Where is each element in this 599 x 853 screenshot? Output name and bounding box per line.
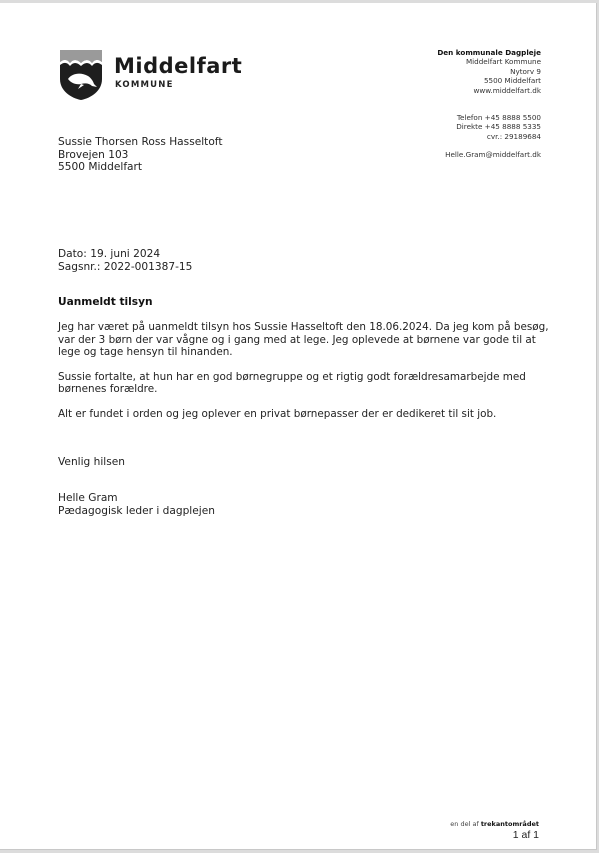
- closing-greeting: Venlig hilsen: [58, 456, 125, 468]
- letter-body: Jeg har været på uanmeldt tilsyn hos Sus…: [58, 321, 558, 433]
- footer-tag-brand: trekantområdet: [481, 820, 539, 828]
- sender-org: Den kommunale Dagpleje: [437, 48, 541, 57]
- page-number: 1 af 1: [513, 829, 539, 841]
- case-number: Sagsnr.: 2022-001387-15: [58, 261, 192, 274]
- sender-direct-phone: Direkte +45 8888 5335: [437, 122, 541, 131]
- footer-tag-prefix: en del af: [450, 820, 478, 828]
- sender-cvr: cvr.: 29189684: [437, 132, 541, 141]
- sender-street: Nytorv 9: [437, 67, 541, 76]
- recipient-street: Brovejen 103: [58, 149, 223, 162]
- sender-phone: Telefon +45 8888 5500: [437, 113, 541, 122]
- brand-subtitle: KOMMUNE: [115, 80, 174, 90]
- letter-subject: Uanmeldt tilsyn: [58, 296, 153, 308]
- sender-city: 5500 Middelfart: [437, 76, 541, 85]
- recipient-city: 5500 Middelfart: [58, 161, 223, 174]
- sender-block: Den kommunale Dagpleje Middelfart Kommun…: [437, 48, 541, 160]
- letter-page: Middelfart KOMMUNE Den kommunale Dagplej…: [0, 3, 597, 850]
- recipient-address: Sussie Thorsen Ross Hasseltoft Brovejen …: [58, 136, 223, 174]
- brand-name: Middelfart: [114, 54, 242, 78]
- recipient-name: Sussie Thorsen Ross Hasseltoft: [58, 136, 223, 149]
- letter-date: Dato: 19. juni 2024: [58, 248, 192, 261]
- sender-website[interactable]: www.middelfart.dk: [437, 86, 541, 95]
- letter-meta: Dato: 19. juni 2024 Sagsnr.: 2022-001387…: [58, 248, 192, 273]
- body-paragraph: Alt er fundet i orden og jeg oplever en …: [58, 408, 558, 421]
- signer-title: Pædagogisk leder i dagplejen: [58, 505, 215, 518]
- middelfart-coat-of-arms-icon: [59, 49, 103, 101]
- body-paragraph: Jeg har været på uanmeldt tilsyn hos Sus…: [58, 321, 558, 359]
- signer-name: Helle Gram: [58, 492, 215, 505]
- sender-municipality: Middelfart Kommune: [437, 57, 541, 66]
- sender-email[interactable]: Helle.Gram@middelfart.dk: [437, 150, 541, 159]
- body-paragraph: Sussie fortalte, at hun har en god børne…: [58, 371, 558, 396]
- footer-tagline: en del af trekantområdet: [450, 820, 539, 828]
- signature-block: Helle Gram Pædagogisk leder i dagplejen: [58, 492, 215, 517]
